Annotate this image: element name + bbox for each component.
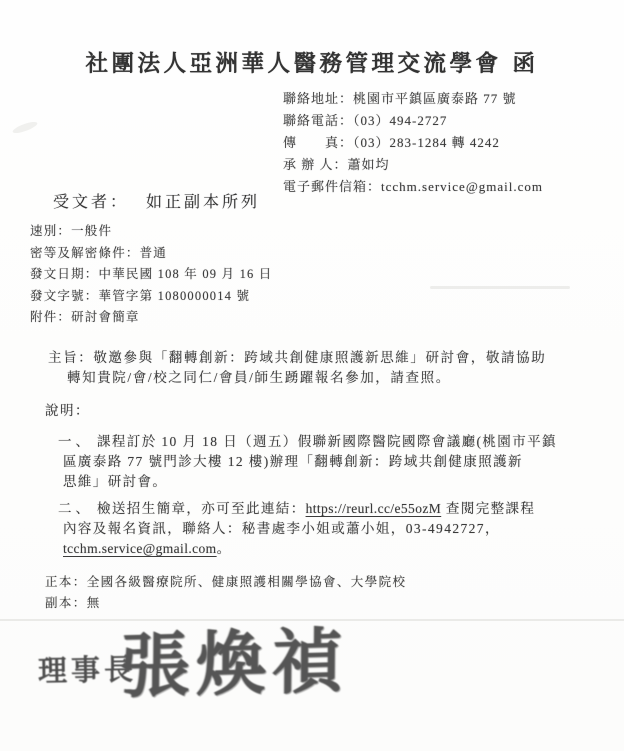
contact-address: 聯絡地址：桃園市平鎮區廣泰路 77 號: [283, 88, 543, 110]
recipient-line: 受文者：如正副本所列: [53, 189, 260, 212]
signature-name: 張煥禎: [120, 605, 349, 712]
meta-doc-number: 發文字號：華管字第 1080000014 號: [30, 286, 273, 308]
email-link[interactable]: tcchm.service@gmail.com: [63, 541, 217, 556]
meta-block: 速別：一般件 密等及解密條件：普通 發文日期：中華民國 108 年 09 月 1…: [30, 221, 273, 329]
recipient-label: 受文者：: [53, 194, 129, 211]
item2-line3: tcchm.service@gmail.com。: [63, 537, 232, 557]
item1-line1: 課程訂於 10 月 18 日（週五）假聯新國際醫院國際會議廳(桃園市平鎮: [97, 430, 557, 450]
item1-line3: 思維」研討會。: [63, 470, 167, 490]
subject-label: 主旨：: [48, 350, 93, 365]
contact-phone: 聯絡電話：（03）494-2727: [283, 110, 543, 132]
scan-artifact-smudge: [12, 120, 39, 135]
meta-date: 發文日期：中華民國 108 年 09 月 16 日: [30, 264, 273, 286]
contact-block: 聯絡地址：桃園市平鎮區廣泰路 77 號 聯絡電話：（03）494-2727 傳 …: [283, 88, 543, 198]
org-name: 社團法人亞洲華人醫務管理交流學會: [85, 51, 501, 76]
item2-line2: 內容及報名資訊，聯絡人：秘書處李小姐或蕭小姐，03-4942727，: [63, 517, 500, 537]
item2-line1-prefix: 檢送招生簡章，亦可至此連結：: [97, 501, 306, 516]
recipient-value: 如正副本所列: [146, 194, 260, 211]
meta-speed: 速別：一般件: [30, 221, 273, 243]
doc-type-label: 函: [513, 51, 539, 76]
item1-line2: 區廣泰路 77 號門診大樓 12 樓)辦理「翻轉創新：跨域共創健康照護新: [63, 450, 523, 470]
item2-line1: 檢送招生簡章，亦可至此連結：https://reurl.cc/e55ozM 查閱…: [97, 497, 535, 517]
letter-title: 社團法人亞洲華人醫務管理交流學會函: [0, 46, 624, 78]
contact-fax: 傳 真：（03）283-1284 轉 4242: [283, 132, 543, 154]
subject-line-1: 主旨：敬邀參與「翻轉創新：跨域共創健康照護新思維」研討會，敬請協助: [48, 346, 546, 366]
copy-recipients-line: 副本：無: [45, 593, 101, 611]
subject-line-2: 轉知貴院/會/校之同仁/會員/師生踴躍報名參加，請查照。: [67, 366, 451, 386]
item1-number: 一、: [58, 430, 93, 450]
scan-artifact-smudge: [430, 286, 570, 289]
contact-email: 電子郵件信箱：tcchm.service@gmail.com: [283, 176, 543, 198]
meta-security: 密等及解密條件：普通: [30, 243, 273, 265]
contact-person: 承 辦 人：蕭如均: [283, 154, 543, 176]
item2-line3-suffix: 。: [217, 541, 232, 556]
item2-line1-suffix: 查閱完整課程: [441, 501, 535, 516]
scanned-letter-page: 社團法人亞洲華人醫務管理交流學會函 聯絡地址：桃園市平鎮區廣泰路 77 號 聯絡…: [0, 0, 624, 751]
item2-number: 二、: [58, 497, 93, 517]
registration-link[interactable]: https://reurl.cc/e55ozM: [306, 501, 442, 516]
original-recipients-line: 正本：全國各級醫療院所、健康照護相關學協會、大學院校: [45, 572, 406, 590]
explanation-label: 說明：: [45, 399, 90, 419]
subject-text-1: 敬邀參與「翻轉創新：跨域共創健康照護新思維」研討會，敬請協助: [93, 350, 546, 365]
meta-attachment: 附件：研討會簡章: [30, 307, 273, 329]
